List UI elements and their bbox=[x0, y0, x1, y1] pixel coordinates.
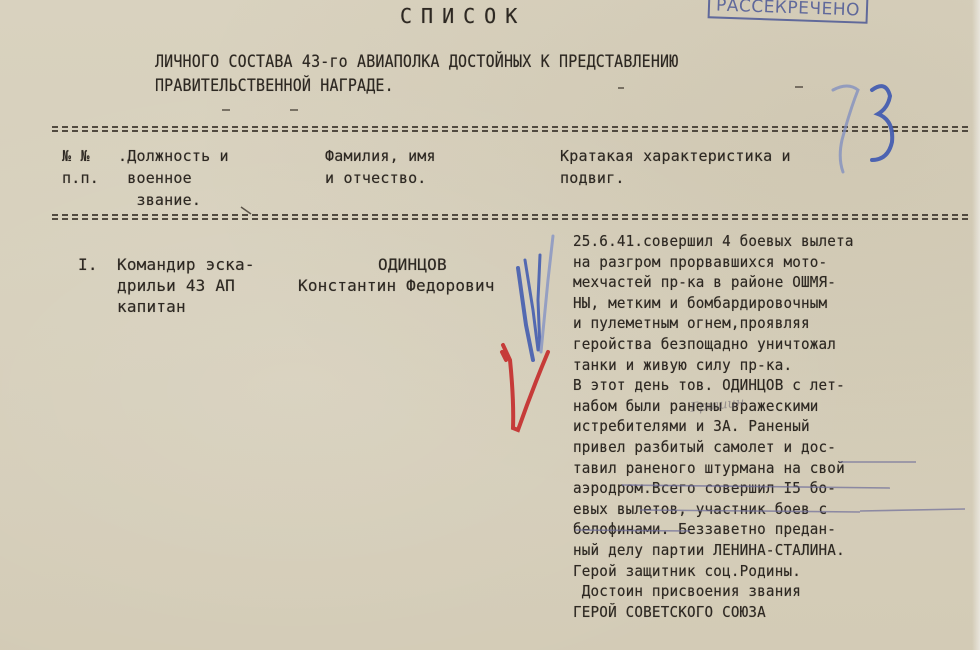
handwritten-marks bbox=[0, 0, 980, 650]
red-check-mark bbox=[502, 345, 548, 430]
blue-check-mark bbox=[518, 236, 553, 360]
page-number-73-mark bbox=[833, 86, 892, 172]
paper-edge bbox=[972, 0, 980, 650]
stray-marks bbox=[222, 87, 803, 214]
pencil-underlines bbox=[575, 462, 965, 531]
document-page: СПИСОК РАССЕКРЕЧЕНО ЛИЧНОГО СОСТАВА 43-г… bbox=[0, 0, 980, 650]
